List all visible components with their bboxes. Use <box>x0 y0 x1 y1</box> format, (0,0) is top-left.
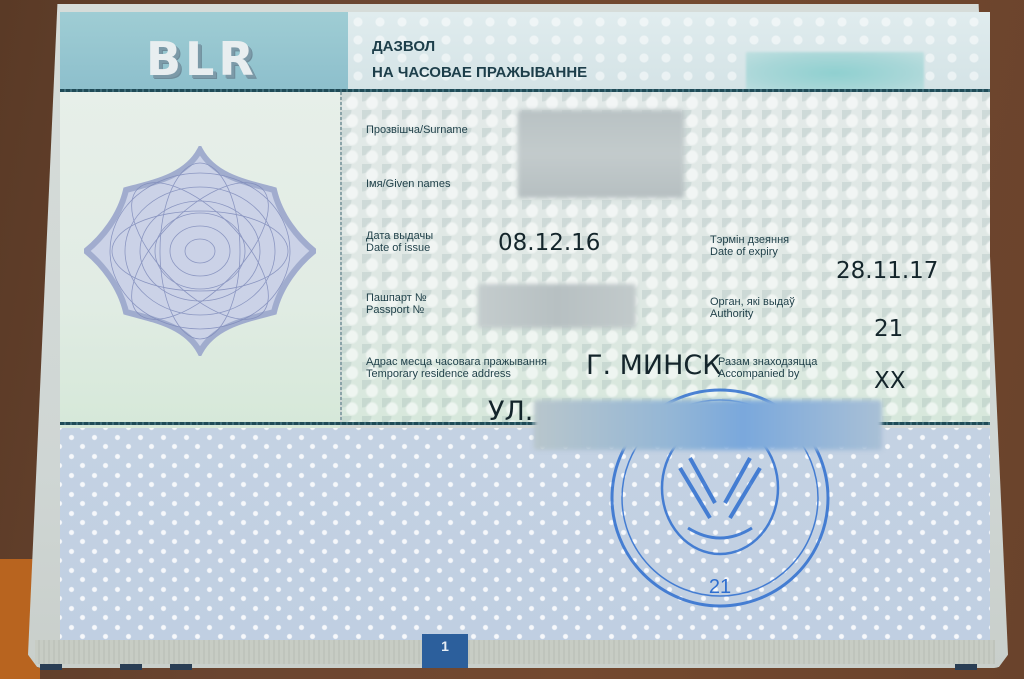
page-marker <box>170 664 192 670</box>
address-label-en: Temporary residence address <box>366 368 511 381</box>
page-marker <box>40 664 62 670</box>
date-of-expiry-value: 28.11.17 <box>836 258 938 284</box>
accompanied-label-en: Accompanied by <box>718 368 799 381</box>
page-marker <box>120 664 142 670</box>
date-of-issue-value: 08.12.16 <box>498 230 600 256</box>
guilloche-rosette-icon <box>84 146 316 356</box>
date-of-expiry-label-en: Date of expiry <box>710 246 778 259</box>
page-number-tab: 1 <box>422 634 468 668</box>
accompanied-value: XX <box>874 368 906 394</box>
redacted-document-number <box>746 52 924 94</box>
country-code: BLR <box>146 32 258 86</box>
page-marker <box>955 664 977 670</box>
redacted-name-values <box>518 110 684 198</box>
redacted-street-address <box>534 400 882 450</box>
stamp-number: 21 <box>709 576 731 598</box>
document-title-line2: НА ЧАСОВАЕ ПРАЖЫВАННЕ <box>372 64 587 81</box>
document-title-line1: ДАЗВОЛ <box>372 38 435 55</box>
page-edge <box>35 640 995 664</box>
passport-label-en: Passport № <box>366 304 424 317</box>
address-city: Г. МИНСК <box>586 350 721 381</box>
given-names-label: Імя/Given names <box>366 178 450 191</box>
dotted-security-area <box>60 428 990 640</box>
authority-label-en: Authority <box>710 308 753 321</box>
residence-permit-sticker: BLR ДАЗВОЛ НА ЧАСОВАЕ ПРАЖЫВАННЕ Прозвіш… <box>60 12 990 640</box>
authority-value: 21 <box>874 316 903 342</box>
date-of-issue-label-en: Date of issue <box>366 242 430 255</box>
security-pattern-panel <box>60 92 340 434</box>
data-fields-panel: Прозвішча/Surname Імя/Given names Дата в… <box>342 92 990 422</box>
redacted-passport-number <box>478 284 636 328</box>
surname-label: Прозвішча/Surname <box>366 124 468 137</box>
